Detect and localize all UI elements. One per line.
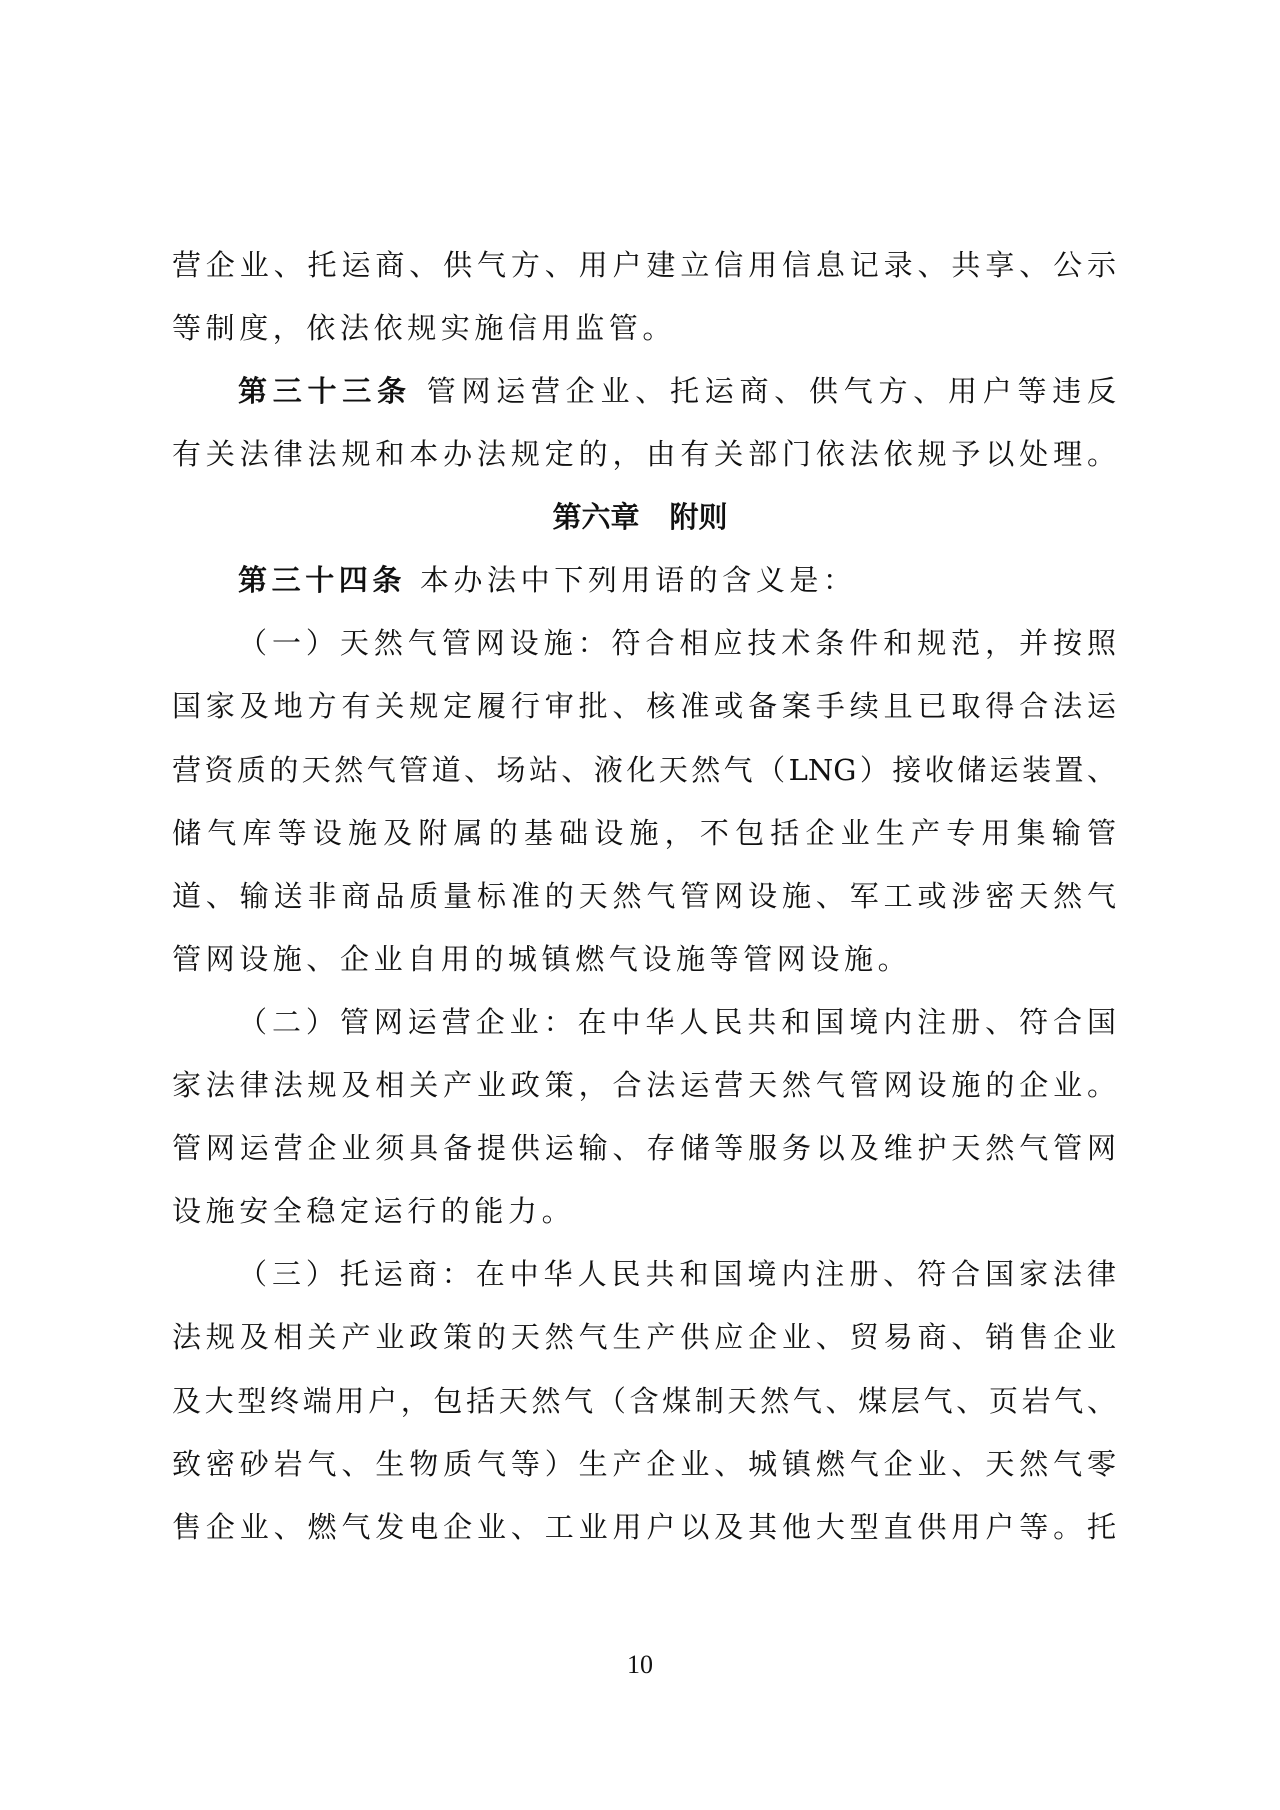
paragraph-line: 营资质的天然气管道、场站、液化天然气（LNG）接收储运装置、 [172,748,1116,792]
paragraph-line: 家法律法规及相关产业政策，合法运营天然气管网设施的企业。 [172,1063,1116,1107]
paragraph-line: 道、输送非商品质量标准的天然气管网设施、军工或涉密天然气 [172,874,1116,918]
chapter-title: 附则 [670,500,728,534]
paragraph-line: 设施安全稳定运行的能力。 [172,1189,1116,1233]
article-text: 管网运营企业、托运商、供气方、用户等违反 [412,374,1116,408]
paragraph-line: 国家及地方有关规定履行审批、核准或备案手续且已取得合法运 [172,684,1116,728]
paragraph-line: 法规及相关产业政策的天然气生产供应企业、贸易商、销售企业 [172,1315,1116,1359]
chapter-number: 第六章 [552,500,639,534]
definition-3-line: （三）托运商：在中华人民共和国境内注册、符合国家法律 [238,1252,1116,1296]
definition-1-line: （一）天然气管网设施：符合相应技术条件和规范，并按照 [238,621,1116,665]
paragraph-line: 营企业、托运商、供气方、用户建立信用信息记录、共享、公示 [172,243,1116,287]
page-number: 10 [0,1650,1280,1680]
chapter-heading: 第六章附则 [0,495,1280,539]
article-number: 第三十三条 [238,374,412,408]
article-number: 第三十四条 [238,563,406,597]
article-text: 本办法中下列用语的含义是： [406,563,857,597]
paragraph-line: 致密砂岩气、生物质气等）生产企业、城镇燃气企业、天然气零 [172,1442,1116,1486]
document-page: 营企业、托运商、供气方、用户建立信用信息记录、共享、公示 等制度，依法依规实施信… [0,0,1280,1810]
paragraph-line: 有关法律法规和本办法规定的，由有关部门依法依规予以处理。 [172,432,1116,476]
article-34-line: 第三十四条 本办法中下列用语的含义是： [238,558,1116,602]
paragraph-line: 售企业、燃气发电企业、工业用户以及其他大型直供用户等。托 [172,1505,1116,1549]
paragraph-line: 储气库等设施及附属的基础设施，不包括企业生产专用集输管 [172,811,1116,855]
article-33-line: 第三十三条 管网运营企业、托运商、供气方、用户等违反 [238,369,1116,413]
paragraph-line: 管网设施、企业自用的城镇燃气设施等管网设施。 [172,937,1116,981]
definition-2-line: （二）管网运营企业：在中华人民共和国境内注册、符合国 [238,1000,1116,1044]
paragraph-line: 等制度，依法依规实施信用监管。 [172,306,1116,350]
paragraph-line: 及大型终端用户，包括天然气（含煤制天然气、煤层气、页岩气、 [172,1379,1116,1423]
paragraph-line: 管网运营企业须具备提供运输、存储等服务以及维护天然气管网 [172,1126,1116,1170]
